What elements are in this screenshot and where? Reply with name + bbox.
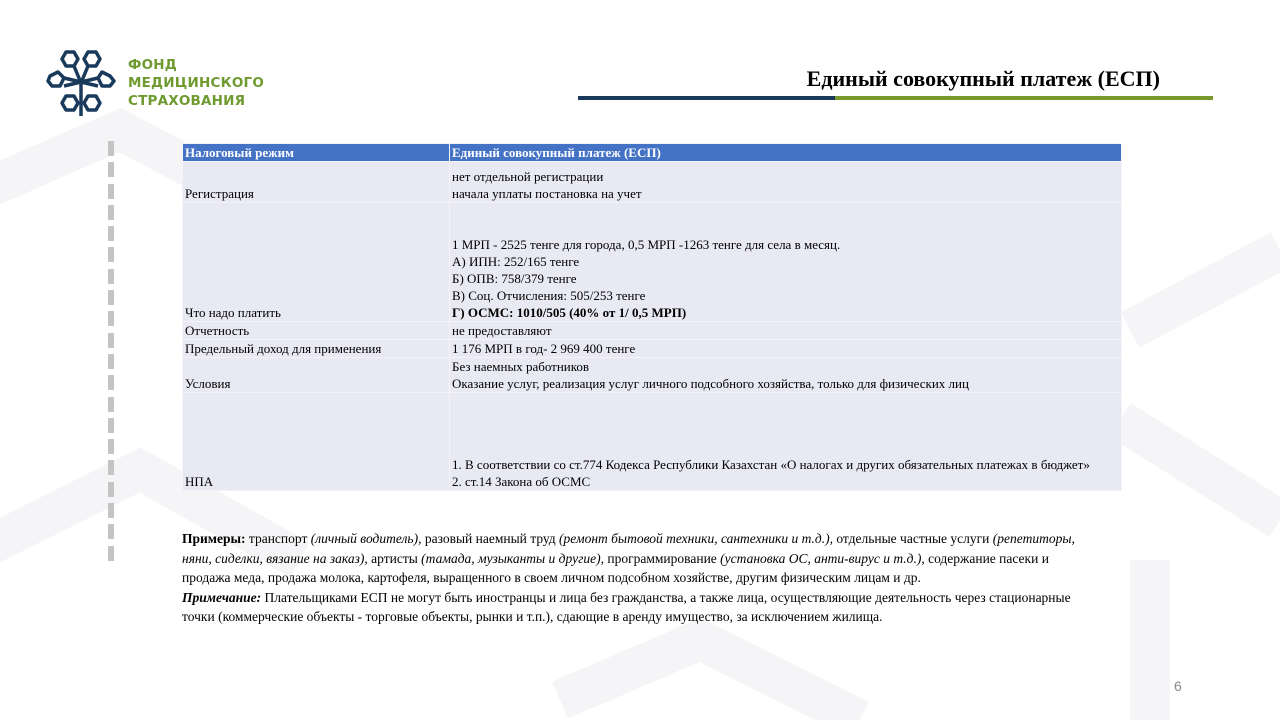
logo-text: ФОНД МЕДИЦИНСКОГО СТРАХОВАНИЯ <box>128 56 264 110</box>
row-label: Предельный доход для применения <box>183 340 450 358</box>
example-text: , артисты <box>364 551 421 566</box>
dash-segment <box>108 226 114 241</box>
notes-block: Примеры: транспорт (личный водитель), ра… <box>182 529 1097 627</box>
value-line: Без наемных работников <box>452 358 1119 375</box>
value-line: В) Соц. Отчисления: 505/253 тенге <box>452 287 1119 304</box>
remark-text: Плательщиками ЕСП не могут быть иностран… <box>182 590 1071 625</box>
dash-segment <box>108 503 114 518</box>
dash-segment <box>108 247 114 262</box>
row-value: Без наемных работников Оказание услуг, р… <box>450 358 1122 393</box>
value-line: А) ИПН: 252/165 тенге <box>452 253 1119 270</box>
row-label: Регистрация <box>183 162 450 203</box>
example-detail: (ремонт бытовой техники, сантехники и т.… <box>559 531 833 546</box>
table-row: Условия Без наемных работников Оказание … <box>183 358 1122 393</box>
dash-segment <box>108 375 114 390</box>
column-header: Единый совокупный платеж (ЕСП) <box>450 144 1122 162</box>
table-row: Отчетность не предоставляют <box>183 322 1122 340</box>
value-line: 1. В соответствии со ст.774 Кодекса Респ… <box>452 456 1119 473</box>
table-header-row: Налоговый режим Единый совокупный платеж… <box>183 144 1122 162</box>
example-text: , разовый наемный труд <box>418 531 559 546</box>
examples-paragraph: Примеры: транспорт (личный водитель), ра… <box>182 529 1097 588</box>
logo-line: ФОНД <box>128 56 264 74</box>
dash-segment <box>108 162 114 177</box>
value-line-bold: Г) ОСМС: 1010/505 (40% от 1/ 0,5 МРП) <box>452 304 1119 321</box>
dash-segment <box>108 290 114 305</box>
dash-segment <box>108 311 114 326</box>
dash-segment <box>108 482 114 497</box>
dash-segment <box>108 184 114 199</box>
examples-label: Примеры: <box>182 531 246 546</box>
dash-segment <box>108 354 114 369</box>
remark-label: Примечание: <box>182 590 261 605</box>
remark-paragraph: Примечание: Плательщиками ЕСП не могут б… <box>182 588 1097 627</box>
row-label: Условия <box>183 358 450 393</box>
dash-segment <box>108 141 114 156</box>
examples-text: транспорт (личный водитель), разовый нае… <box>182 531 1075 585</box>
example-detail: (установка ОС, анти-вирус и т.д.), <box>720 551 925 566</box>
table-row: Что надо платить 1 МРП - 2525 тенге для … <box>183 203 1122 322</box>
example-text: отдельные частные услуги <box>833 531 993 546</box>
dash-segment <box>108 205 114 220</box>
title-rule-blue <box>578 96 835 100</box>
logo-line: СТРАХОВАНИЯ <box>128 92 264 110</box>
table-row: Предельный доход для применения 1 176 МР… <box>183 340 1122 358</box>
row-label: НПА <box>183 393 450 491</box>
row-value: не предоставляют <box>450 322 1122 340</box>
value-line: нет отдельной регистрации <box>452 168 1119 185</box>
logo-line: МЕДИЦИНСКОГО <box>128 74 264 92</box>
dash-segment <box>108 269 114 284</box>
example-detail: (тамада, музыканты и другие), <box>421 551 604 566</box>
value-line: Б) ОПВ: 758/379 тенге <box>452 270 1119 287</box>
example-detail: (личный водитель) <box>311 531 418 546</box>
dash-segment <box>108 524 114 539</box>
dash-segment <box>108 439 114 454</box>
page-title: Единый совокупный платеж (ЕСП) <box>740 66 1160 92</box>
title-rule-green <box>835 96 1213 100</box>
row-value: 1. В соответствии со ст.774 Кодекса Респ… <box>450 393 1122 491</box>
value-line: 2. ст.14 Закона об ОСМС <box>452 473 1119 490</box>
row-value: нет отдельной регистрации начала уплаты … <box>450 162 1122 203</box>
dash-segment <box>108 397 114 412</box>
dash-segment <box>108 333 114 348</box>
value-line: Оказание услуг, реализация услуг личного… <box>452 375 1119 392</box>
dash-segment <box>108 546 114 561</box>
table-row: Регистрация нет отдельной регистрации на… <box>183 162 1122 203</box>
row-value: 1 МРП - 2525 тенге для города, 0,5 МРП -… <box>450 203 1122 322</box>
value-line: 1 МРП - 2525 тенге для города, 0,5 МРП -… <box>452 236 1119 253</box>
dash-segment <box>108 460 114 475</box>
column-header: Налоговый режим <box>183 144 450 162</box>
example-text: программирование <box>604 551 720 566</box>
tax-regime-table: Налоговый режим Единый совокупный платеж… <box>182 143 1122 491</box>
logo: ФОНД МЕДИЦИНСКОГО СТРАХОВАНИЯ <box>46 48 264 118</box>
row-label: Что надо платить <box>183 203 450 322</box>
row-value: 1 176 МРП в год- 2 969 400 тенге <box>450 340 1122 358</box>
decorative-dashed-line <box>108 141 115 567</box>
row-label: Отчетность <box>183 322 450 340</box>
example-text: транспорт <box>246 531 311 546</box>
table-row: НПА 1. В соответствии со ст.774 Кодекса … <box>183 393 1122 491</box>
dash-segment <box>108 418 114 433</box>
snowflake-hexagon-logo-icon <box>46 48 116 118</box>
page-number: 6 <box>1174 678 1182 694</box>
value-line: начала уплаты постановка на учет <box>452 185 1119 202</box>
